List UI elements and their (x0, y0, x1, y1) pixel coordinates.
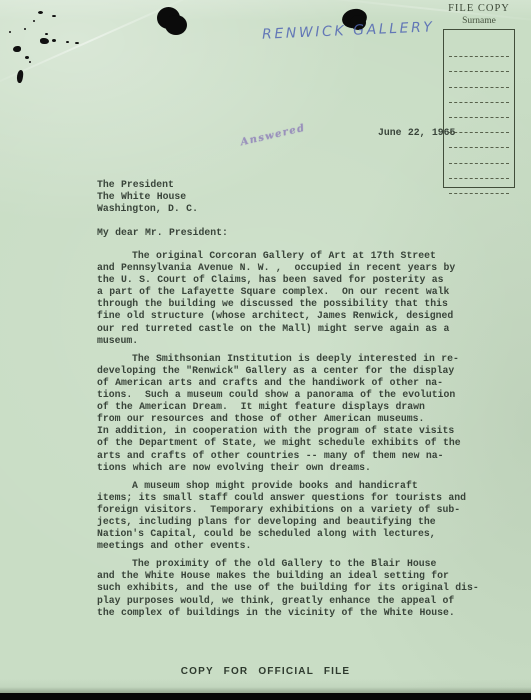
letter-date: June 22, 1965 (378, 127, 455, 139)
letter-line: items; its small staff could answer ques… (97, 492, 487, 504)
hole-punch-mark (165, 15, 187, 35)
surname-dashed-line (449, 42, 509, 57)
ink-speck (52, 39, 56, 42)
letter-line: tions which are now evolving their own d… (97, 462, 487, 474)
recipient-line: The White House (97, 191, 198, 203)
surname-dashed-line (449, 179, 509, 194)
ink-speck (40, 38, 49, 44)
letter-line: Nation's Capital, could be scheduled alo… (97, 528, 487, 540)
ink-speck (38, 11, 43, 14)
letter-line: jects, including plans for developing an… (97, 516, 487, 528)
ink-speck (66, 41, 69, 43)
letter-line: tions. Such a museum could show a panora… (97, 389, 487, 401)
ink-speck (52, 15, 56, 17)
letter-paragraph: The original Corcoran Gallery of Art at … (97, 250, 487, 347)
letter-line: foreign visitors. Temporary exhibitions … (97, 504, 487, 516)
recipient-line: The President (97, 179, 198, 191)
letter-body: The original Corcoran Gallery of Art at … (97, 250, 487, 625)
letter-line: play purposes would, we think, greatly e… (97, 595, 487, 607)
letter-line: of American arts and crafts and the hand… (97, 377, 487, 389)
letter-paragraph: A museum shop might provide books and ha… (97, 480, 487, 553)
ink-speck (9, 31, 11, 33)
letter-line: from our resources and those of other Am… (97, 413, 487, 425)
letter-line: the U. S. Court of Claims, has been save… (97, 274, 487, 286)
letter-line: and Pennsylvania Avenue N. W. , occupied… (97, 262, 487, 274)
letter-line: The proximity of the old Gallery to the … (97, 558, 487, 570)
ink-speck (33, 20, 35, 22)
ink-speck (13, 46, 21, 52)
salutation: My dear Mr. President: (97, 227, 228, 239)
letter-line: The Smithsonian Institution is deeply in… (97, 353, 487, 365)
letter-line: fine old structure (whose architect, Jam… (97, 310, 487, 322)
answered-stamp: Answered (240, 123, 307, 149)
letter-paragraph: The Smithsonian Institution is deeply in… (97, 353, 487, 474)
scan-edge-bar (0, 693, 531, 700)
file-copy-label: FILE COPY (441, 3, 517, 14)
letter-line: In addition, in cooperation with the pro… (97, 425, 487, 437)
recipient-address: The President The White House Washington… (97, 179, 198, 215)
surname-dashed-line (449, 88, 509, 103)
letter-paragraph: The proximity of the old Gallery to the … (97, 558, 487, 618)
letter-line: arts and crafts of other countries -- ma… (97, 450, 487, 462)
letter-line: The original Corcoran Gallery of Art at … (97, 250, 487, 262)
footer-label: COPY FOR OFFICIAL FILE (0, 666, 531, 677)
ink-speck (25, 56, 29, 59)
ink-speck (24, 28, 26, 30)
surname-dashed-line (449, 118, 509, 133)
recipient-line: Washington, D. C. (97, 203, 198, 215)
surname-dashed-line (449, 57, 509, 72)
surname-box (443, 29, 515, 188)
surname-dashed-line (449, 103, 509, 118)
letter-line: a part of the Lafayette Square complex. … (97, 286, 487, 298)
letter-line: through the building we discussed the po… (97, 298, 487, 310)
letter-line: museum. (97, 335, 487, 347)
letter-line: the complex of buildings in the vicinity… (97, 607, 487, 619)
surname-label: Surname (441, 16, 517, 26)
ink-speck (75, 42, 79, 44)
scanned-letter-page: RENWICK GALLERY FILE COPY Surname Answer… (0, 0, 531, 700)
ink-speck (16, 70, 24, 84)
letter-line: our red turreted castle on the Mall) mig… (97, 323, 487, 335)
letter-line: and the White House makes the building a… (97, 570, 487, 582)
letter-line: of the American Dream. It might feature … (97, 401, 487, 413)
letter-line: A museum shop might provide books and ha… (97, 480, 487, 492)
ink-speck (29, 61, 31, 63)
surname-dashed-line (449, 133, 509, 148)
letter-line: of the Department of State, we might sch… (97, 437, 487, 449)
handwritten-note: RENWICK GALLERY (262, 19, 435, 43)
letter-line: meetings and other events. (97, 540, 487, 552)
letter-line: such exhibits, and the use of the buildi… (97, 582, 487, 594)
surname-dashed-line (449, 72, 509, 87)
letter-line: developing the "Renwick" Gallery as a ce… (97, 365, 487, 377)
surname-dashed-line (449, 148, 509, 163)
surname-dashed-line (449, 164, 509, 179)
ink-speck (45, 33, 48, 35)
